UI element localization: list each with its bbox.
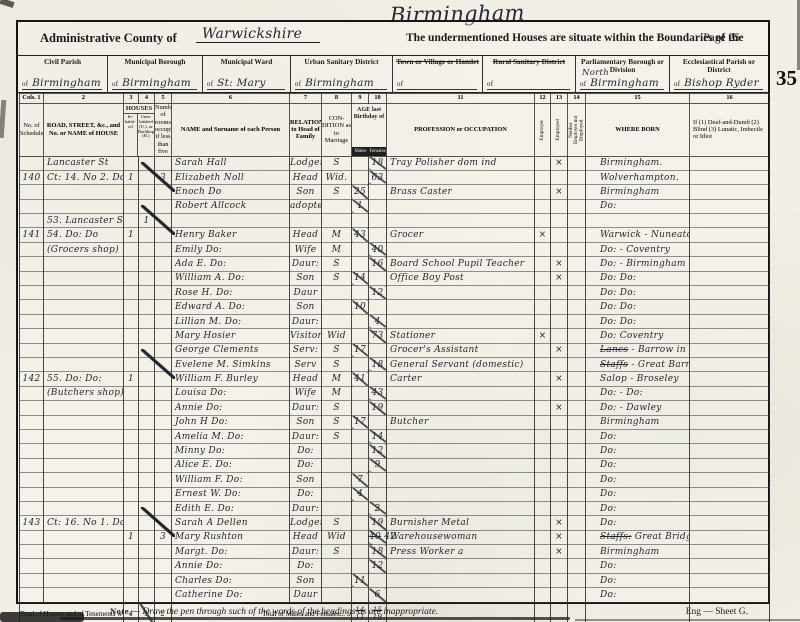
cell-rel: Head (290, 170, 322, 184)
cell-occ: Burnisher Metal (387, 516, 535, 530)
cell-cond (322, 588, 352, 602)
cell-af: 14 (369, 429, 387, 443)
header-employer-text: Employer (540, 120, 545, 140)
cell-am (352, 329, 369, 343)
cell-e13 (551, 573, 568, 587)
cell-am (352, 588, 369, 602)
cell-e13 (551, 588, 568, 602)
district-value: of Birmingham (112, 77, 197, 90)
cell-road (44, 415, 124, 429)
cell-inh (124, 329, 139, 343)
table-row: Edith E. Do:Daur:2Do: (20, 501, 770, 515)
cell-road (44, 401, 124, 415)
column-number: 8 (322, 94, 352, 104)
cell-af: 12 (369, 286, 387, 300)
cell-born: Do: - Birmingham (586, 257, 690, 271)
cell-e12 (535, 242, 551, 256)
cell-e12 (535, 286, 551, 300)
district-cell: Rural Sanitary Districtof (483, 56, 576, 92)
cell-e13 (551, 559, 568, 573)
cell-e14 (568, 415, 586, 429)
cell-rooms (155, 516, 172, 530)
cell-am (352, 214, 369, 228)
cell-rel: Head (290, 228, 322, 242)
cell-sched (20, 501, 44, 515)
cell-road (44, 357, 124, 371)
cell-sched (20, 257, 44, 271)
cell-rooms (155, 559, 172, 573)
cell-e13: × (551, 343, 568, 357)
cell-born: Do: (586, 199, 690, 213)
header-uninhabited: Unin-habited (U.), or Building (B.) (137, 114, 154, 155)
cell-e13: × (551, 156, 568, 170)
cell-rooms (155, 386, 172, 400)
cell-name: Sarah A Dellen (172, 516, 290, 530)
cell-road (44, 271, 124, 285)
cell-cond: S (322, 545, 352, 559)
totals-empty-cell (551, 602, 568, 622)
district-value: of Birmingham (580, 77, 664, 90)
sheet-label: Eng — Sheet G. (686, 607, 748, 617)
cell-occ: Office Boy Post (387, 271, 535, 285)
cell-am (352, 530, 369, 544)
cell-uninh (139, 357, 155, 371)
district-value: of Birmingham (22, 77, 102, 90)
cell-am (352, 242, 369, 256)
table-row: George ClementsServ:S17Grocer's Assistan… (20, 343, 770, 357)
cell-e13 (551, 458, 568, 472)
cell-name: Annie Do: (172, 559, 290, 573)
cell-e12 (535, 185, 551, 199)
table-row: William F. Do:Son7Do: (20, 473, 770, 487)
cell-occ (387, 501, 535, 515)
cell-uninh (139, 199, 155, 213)
cell-born: Do: Do: (586, 300, 690, 314)
cell-sched (20, 271, 44, 285)
cell-am (352, 401, 369, 415)
table-row: Annie Do:Do:12Do: (20, 559, 770, 573)
cell-e14 (568, 185, 586, 199)
cell-rel: Serv: (290, 343, 322, 357)
cell-born: Do: (586, 458, 690, 472)
cell-occ: Board School Pupil Teacher (387, 257, 535, 271)
cell-inf (690, 473, 770, 487)
cell-af: 19 (369, 516, 387, 530)
cell-inh (124, 199, 139, 213)
cell-uninh (139, 415, 155, 429)
cell-cond (322, 573, 352, 587)
totals-empty-cell (586, 602, 690, 622)
cell-e14 (568, 516, 586, 530)
table-row: Alice E. Do:Do:9Do: (20, 458, 770, 472)
cell-rooms (155, 343, 172, 357)
cell-born (586, 214, 690, 228)
cell-am (352, 501, 369, 515)
cell-inf (690, 429, 770, 443)
cell-rel: Lodger (290, 516, 322, 530)
cell-rel: Serv (290, 357, 322, 371)
cell-born: Do: Do: (586, 314, 690, 328)
cell-inh (124, 357, 139, 371)
cell-inh (124, 588, 139, 602)
cell-road (44, 487, 124, 501)
cell-am (352, 559, 369, 573)
cell-cond (322, 501, 352, 515)
cell-e14 (568, 300, 586, 314)
cell-sched (20, 185, 44, 199)
district-label: Ecclesiastical Parish or District (670, 58, 768, 75)
cell-born: Do: (586, 516, 690, 530)
cell-uninh (139, 314, 155, 328)
cell-born: Staffs: Great Bridge (586, 530, 690, 544)
cell-sched (20, 458, 44, 472)
cell-sched (20, 444, 44, 458)
cell-inh (124, 314, 139, 328)
cell-road (44, 573, 124, 587)
cell-occ (387, 444, 535, 458)
cell-e13 (551, 214, 568, 228)
cell-name: Mary Hosier (172, 329, 290, 343)
cell-e14 (568, 487, 586, 501)
cell-born: Do: Coventry (586, 329, 690, 343)
cell-rel: Do: (290, 487, 322, 501)
cell-e12 (535, 199, 551, 213)
cell-e14 (568, 386, 586, 400)
cell-inf (690, 343, 770, 357)
cell-af: 6 (369, 588, 387, 602)
cell-inf (690, 501, 770, 515)
cell-born: Do: (586, 588, 690, 602)
cell-rooms (155, 573, 172, 587)
cell-rooms (155, 444, 172, 458)
struck-text: Lancs (600, 345, 628, 355)
district-value-text: Bishop Ryder (680, 77, 758, 89)
cell-inh (124, 257, 139, 271)
cell-inf (690, 372, 770, 386)
cell-am: 43 (352, 228, 369, 242)
table-row: Ernest W. Do:Do:4Do: (20, 487, 770, 501)
table-row: Amelia M. Do:Daur:S14Do: (20, 429, 770, 443)
of-label: of (487, 80, 493, 88)
cell-uninh (139, 559, 155, 573)
cell-sched (20, 386, 44, 400)
cell-born: Birmingham. (586, 156, 690, 170)
cell-inh (124, 444, 139, 458)
cell-cond: Wid. (322, 170, 352, 184)
cell-e14 (568, 429, 586, 443)
header-age-group: AGE last Birthday ofMalesFemales (352, 104, 387, 157)
district-header-band: Civil Parishof BirminghamMunicipal Borou… (18, 56, 768, 93)
column-number: 6 (172, 94, 290, 104)
table-row: 53. Lancaster St1 (20, 214, 770, 228)
cell-e13 (551, 329, 568, 343)
cell-e14 (568, 372, 586, 386)
cell-born: Salop - Broseley (586, 372, 690, 386)
cell-e12: × (535, 329, 551, 343)
cell-inf (690, 329, 770, 343)
column-number: 9 (352, 94, 369, 104)
cell-cond: Wid (322, 329, 352, 343)
cell-e12: × (535, 228, 551, 242)
cell-occ (387, 214, 535, 228)
cell-uninh (139, 473, 155, 487)
district-cell: Civil Parishof Birmingham (18, 56, 108, 92)
cell-e12 (535, 357, 551, 371)
cell-cond: M (322, 386, 352, 400)
cell-name: Edward A. Do: (172, 300, 290, 314)
cell-af: 4 (369, 314, 387, 328)
table-row: Enoch DoSonS25Brass Caster×Birmingham (20, 185, 770, 199)
cell-e13: × (551, 271, 568, 285)
cell-rooms: 3 (155, 170, 172, 184)
table-row: 143Ct: 16. No 1. DoSarah A DellenLodgerS… (20, 516, 770, 530)
cell-inh (124, 271, 139, 285)
cell-e14 (568, 156, 586, 170)
cell-inf (690, 314, 770, 328)
cell-name: Amelia M. Do: (172, 429, 290, 443)
cell-rel: Head (290, 372, 322, 386)
cell-name: Rose H. Do: (172, 286, 290, 300)
cell-born: Do: (586, 444, 690, 458)
cell-inh (124, 156, 139, 170)
cell-e14 (568, 357, 586, 371)
header-employed: Employed (551, 104, 568, 157)
cell-uninh (139, 487, 155, 501)
cell-af (369, 473, 387, 487)
table-row: Lancaster StSarah HallLodgerS18Tray Poli… (20, 156, 770, 170)
cell-road (44, 286, 124, 300)
cell-e12 (535, 314, 551, 328)
cell-sched (20, 429, 44, 443)
cell-name: George Clements (172, 343, 290, 357)
cell-e13 (551, 199, 568, 213)
cell-inh (124, 300, 139, 314)
table-row: (Butchers shop)Louisa Do:WifeM43Do: - Do… (20, 386, 770, 400)
cell-sched (20, 573, 44, 587)
cell-road (44, 588, 124, 602)
cell-e14 (568, 588, 586, 602)
cell-sched (20, 286, 44, 300)
cell-sched (20, 357, 44, 371)
cell-cond (322, 286, 352, 300)
cell-cond: S (322, 415, 352, 429)
cell-born: Staffs - Great Barr (586, 357, 690, 371)
cell-inh (124, 458, 139, 472)
cell-inh (124, 473, 139, 487)
cell-occ: Grocer's Assistant (387, 343, 535, 357)
cell-e12 (535, 401, 551, 415)
cell-born: Do: (586, 429, 690, 443)
cell-rel: Daur: (290, 257, 322, 271)
table-row: Ada E. Do:Daur:S16Board School Pupil Tea… (20, 257, 770, 271)
cell-name: Mary Rushton (172, 530, 290, 544)
cell-e14 (568, 559, 586, 573)
cell-rel: adopted Son (290, 199, 322, 213)
cell-inh (124, 559, 139, 573)
cell-rooms (155, 501, 172, 515)
header-employer: Employer (535, 104, 551, 157)
cell-am: 17 (352, 343, 369, 357)
cell-cond: S (322, 516, 352, 530)
cell-af (369, 573, 387, 587)
cell-occ (387, 300, 535, 314)
column-number: 7 (290, 94, 322, 104)
cell-am (352, 170, 369, 184)
table-row: 14154. Do: Do1Henry BakerHeadM43Grocer×W… (20, 228, 770, 242)
cell-uninh (139, 170, 155, 184)
cell-road (44, 530, 124, 544)
cell-uninh: 1 (139, 214, 155, 228)
cell-sched (20, 329, 44, 343)
district-value: of (487, 77, 570, 90)
cell-uninh (139, 458, 155, 472)
cell-rooms (155, 329, 172, 343)
cell-road (44, 185, 124, 199)
cell-rooms (155, 401, 172, 415)
cell-name: Alice E. Do: (172, 458, 290, 472)
scan-artifact (0, 0, 15, 8)
cell-inf (690, 286, 770, 300)
cell-inh (124, 343, 139, 357)
cell-e14 (568, 199, 586, 213)
cell-af: 9 (369, 458, 387, 472)
cell-am: 10 (352, 300, 369, 314)
cell-occ (387, 487, 535, 501)
header-employed-text: Employed (556, 119, 561, 140)
cell-inf (690, 401, 770, 415)
cell-born: Lancs - Barrow in Furness. (586, 343, 690, 357)
cell-e13 (551, 300, 568, 314)
cell-e13: × (551, 545, 568, 559)
header-road: ROAD, STREET, &c., and No. or NAME of HO… (44, 104, 124, 157)
cell-sched (20, 156, 44, 170)
cell-uninh (139, 545, 155, 559)
cell-e13 (551, 429, 568, 443)
cell-uninh (139, 185, 155, 199)
cell-rel: Wife (290, 386, 322, 400)
cell-e13: × (551, 401, 568, 415)
cell-e13 (551, 228, 568, 242)
column-number: 2 (44, 94, 124, 104)
district-value: of Birmingham (295, 77, 387, 90)
cell-inf (690, 415, 770, 429)
boundaries-text: The undermentioned Houses are situate wi… (406, 32, 743, 44)
cell-e14 (568, 501, 586, 515)
header-rooms: Number of rooms occupied if less than fi… (155, 104, 172, 157)
cell-sched (20, 199, 44, 213)
cell-inh (124, 415, 139, 429)
cell-am: 1 (352, 199, 369, 213)
cell-inf (690, 357, 770, 371)
cell-occ (387, 170, 535, 184)
margin-piece-number: 35 (776, 66, 797, 91)
cell-e12 (535, 170, 551, 184)
cell-name: William F. Burley (172, 372, 290, 386)
cell-born: Do: (586, 501, 690, 515)
cell-occ: Carter (387, 372, 535, 386)
cell-inf (690, 242, 770, 256)
cell-am (352, 516, 369, 530)
cell-occ: General Servant (domestic) (387, 357, 535, 371)
cell-uninh (139, 156, 155, 170)
cell-e13 (551, 314, 568, 328)
cell-rel: Daur: (290, 429, 322, 443)
cell-inf (690, 559, 770, 573)
column-number: 16 (690, 94, 770, 104)
cell-e14 (568, 343, 586, 357)
admin-county-label: Administrative County of (40, 31, 177, 46)
cell-af: 43 (369, 386, 387, 400)
cell-e12 (535, 271, 551, 285)
totals-houses-label: Total of Houses and of Tenements with le… (20, 602, 124, 622)
struck-text: Staffs: (600, 532, 632, 542)
cell-inf (690, 156, 770, 170)
cell-rooms (155, 242, 172, 256)
cell-e14 (568, 545, 586, 559)
cell-uninh (139, 386, 155, 400)
cell-rel: Son (290, 573, 322, 587)
cell-e13 (551, 242, 568, 256)
cell-rooms (155, 473, 172, 487)
cell-name: Annie Do: (172, 401, 290, 415)
district-value: of (397, 77, 477, 90)
cell-occ: Stationer (387, 329, 535, 343)
header-neither: Neither Employer nor Employed (568, 104, 586, 157)
cell-rooms (155, 286, 172, 300)
cell-cond (322, 559, 352, 573)
cell-road: Lancaster St (44, 156, 124, 170)
cell-uninh (139, 516, 155, 530)
cell-name: Sarah Hall (172, 156, 290, 170)
cell-e12 (535, 386, 551, 400)
district-label: Urban Sanitary District (291, 58, 392, 66)
cell-rooms (155, 156, 172, 170)
footer-note-prefix: Note. (110, 606, 132, 616)
cell-inf (690, 516, 770, 530)
cell-e12 (535, 156, 551, 170)
cell-e12 (535, 444, 551, 458)
cell-road: (Grocers shop) (44, 242, 124, 256)
cell-rel: Son (290, 473, 322, 487)
column-number: 15 (586, 94, 690, 104)
cell-uninh (139, 257, 155, 271)
cell-af: 12 (369, 559, 387, 573)
census-scan-page: Birmingham 35 Administrative County of W… (0, 0, 800, 622)
cell-sched (20, 214, 44, 228)
cell-e13 (551, 487, 568, 501)
cell-inf (690, 199, 770, 213)
table-row: Margt. Do:Daur:S18Press Worker a×Birming… (20, 545, 770, 559)
cell-rel: Lodger (290, 156, 322, 170)
cell-road (44, 329, 124, 343)
cell-af: 18 (369, 156, 387, 170)
column-number: 11 (387, 94, 535, 104)
cell-sched: 140 (20, 170, 44, 184)
cell-e12 (535, 458, 551, 472)
cell-inh (124, 573, 139, 587)
cell-sched (20, 242, 44, 256)
census-table-mount: Cols. 12345678910111213141516No. of Sche… (18, 93, 768, 622)
cell-am (352, 286, 369, 300)
column-number: 4 (139, 94, 155, 104)
cell-road (44, 343, 124, 357)
cell-uninh (139, 501, 155, 515)
header-born: WHERE BORN (586, 104, 690, 157)
table-row: Rose H. Do:Daur12Do: Do: (20, 286, 770, 300)
district-value-text: St: Mary (213, 77, 265, 89)
cell-rooms (155, 415, 172, 429)
cell-am (352, 444, 369, 458)
